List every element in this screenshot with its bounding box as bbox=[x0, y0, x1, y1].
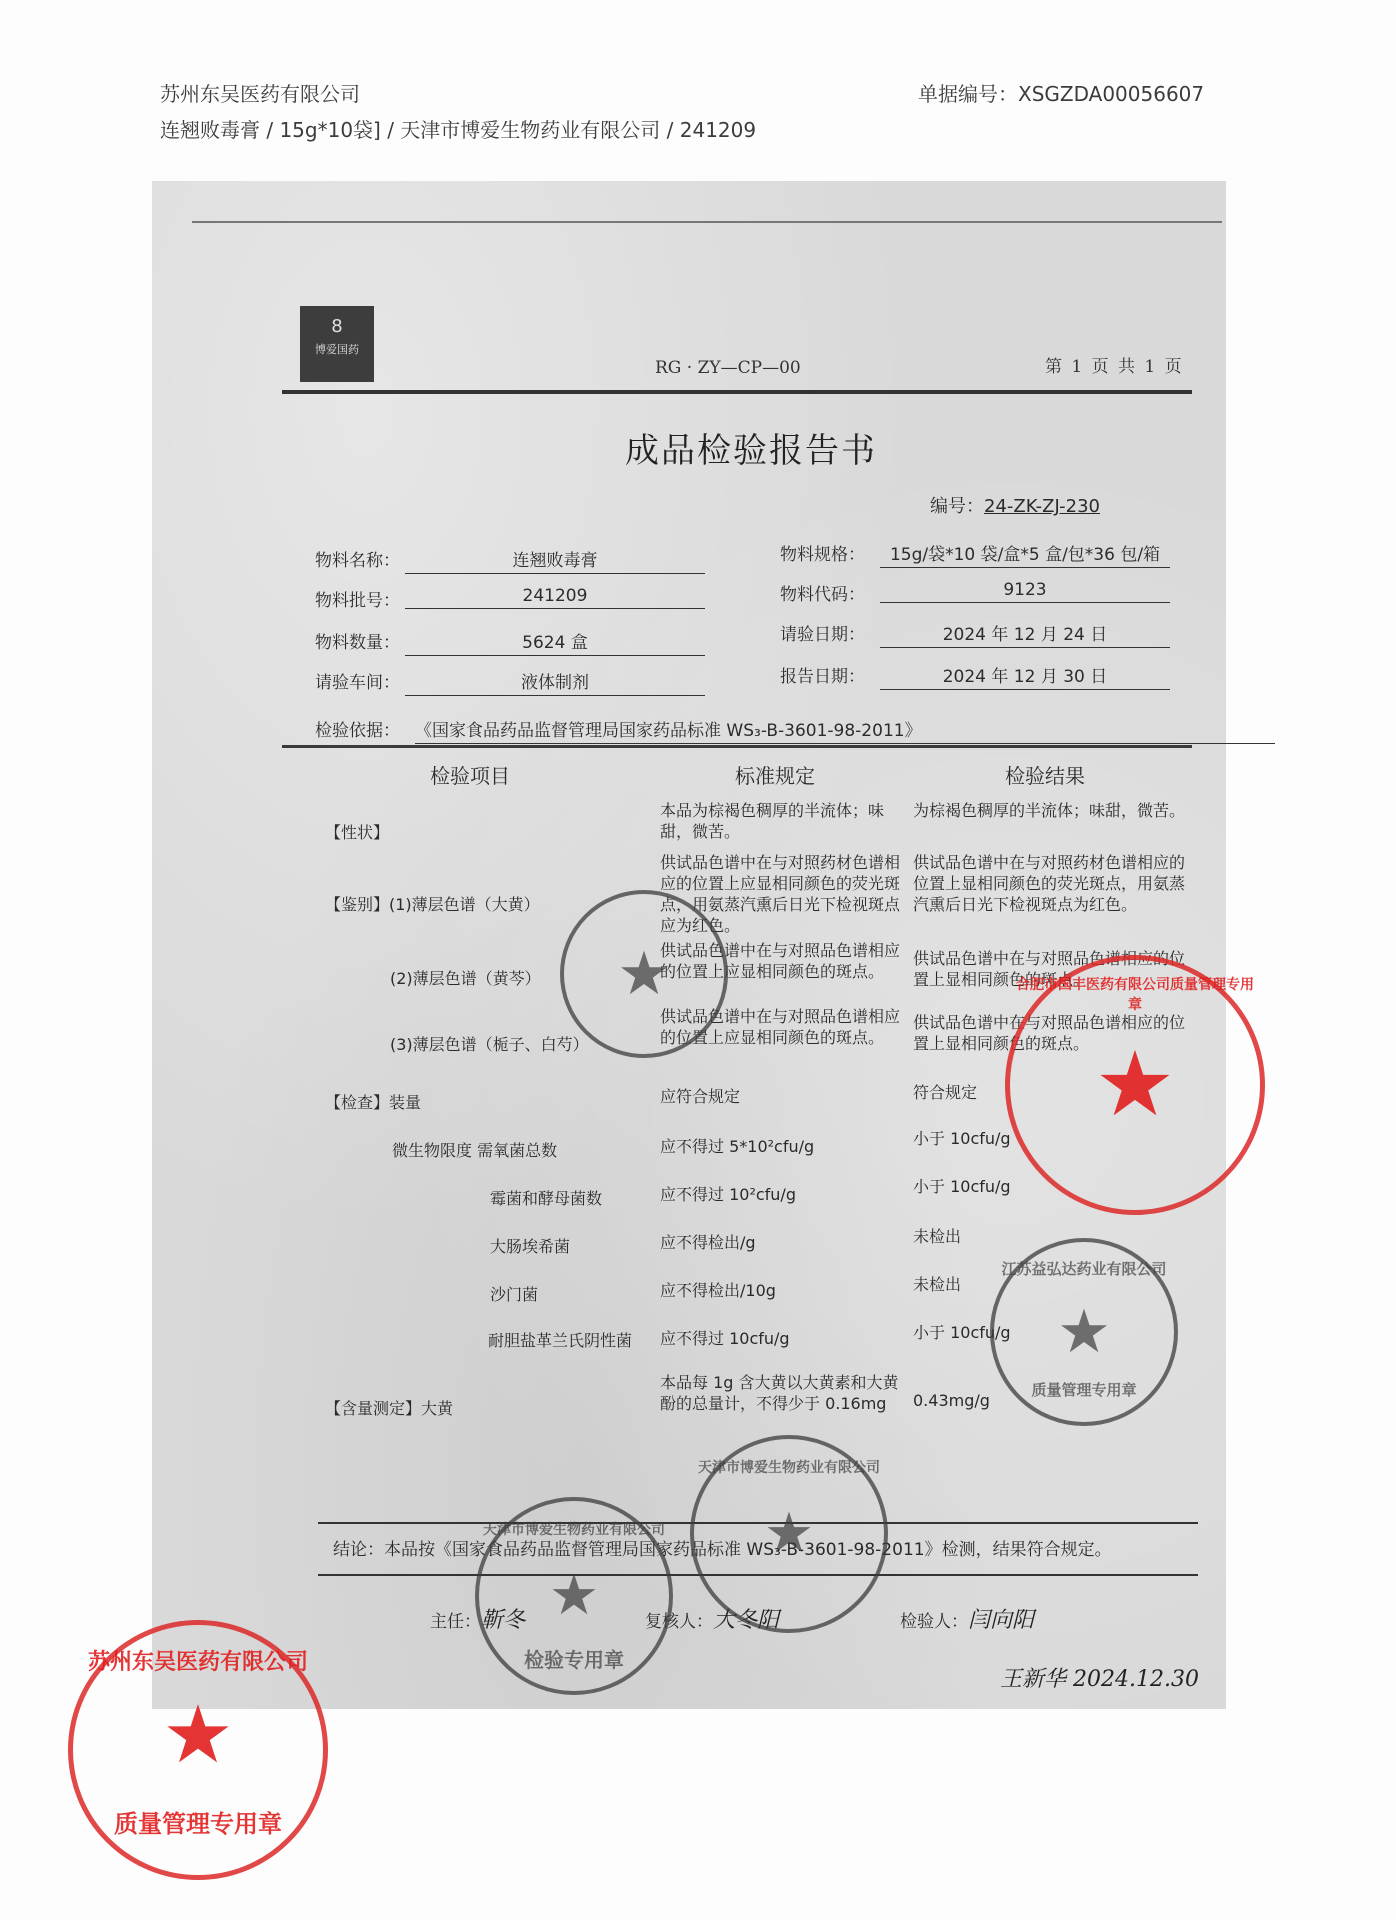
row-item: (2)薄层色谱（黄芩） bbox=[390, 968, 541, 989]
page-info: 第 1 页 共 1 页 bbox=[1045, 352, 1184, 377]
document-number-value: XSGZDA00056607 bbox=[1018, 82, 1204, 106]
quantity-value: 5624 盒 bbox=[405, 628, 705, 656]
row-item: 微生物限度 需氧菌总数 bbox=[392, 1140, 557, 1161]
stamp-boai-text: 天津市博爱生物药业有限公司 bbox=[479, 1519, 669, 1539]
stamp-star-icon: ★ bbox=[162, 1695, 234, 1775]
row-item: 【鉴别】(1)薄层色谱（大黄） bbox=[325, 894, 540, 915]
field-request-date: 请验日期： 2024 年 12 月 24 日 bbox=[780, 620, 865, 645]
batch-value: 241209 bbox=[405, 586, 705, 609]
header-divider bbox=[282, 390, 1192, 394]
scan-edge-line bbox=[192, 221, 1222, 223]
stamp-star-icon: ★ bbox=[1095, 1040, 1176, 1130]
row-standard: 应符合规定 bbox=[660, 1086, 900, 1107]
report-title: 成品检验报告书 bbox=[625, 423, 877, 472]
stamp-boai-text: 天津市博爱生物药业有限公司 bbox=[694, 1457, 884, 1477]
report-date-value: 2024 年 12 月 30 日 bbox=[880, 662, 1170, 690]
row-standard: 应不得检出/g bbox=[660, 1232, 900, 1253]
field-material-name: 物料名称： 连翘败毒膏 bbox=[315, 546, 400, 571]
document-number: 单据编号：XSGZDA00056607 bbox=[918, 78, 1204, 107]
row-item: 【检查】装量 bbox=[325, 1092, 421, 1113]
report-serial: 编号：24-ZK-ZJ-230 bbox=[930, 492, 1100, 518]
stamp-boai-inspection-left: ★ 天津市博爱生物药业有限公司 检验专用章 bbox=[475, 1497, 673, 1695]
row-result: 供试品色谱中在与对照药材色谱相应的位置上显相同颜色的荧光斑点，用氨蒸汽熏后日光下… bbox=[913, 852, 1193, 915]
row-item: 【性状】 bbox=[325, 822, 389, 843]
row-item: 【含量测定】大黄 bbox=[325, 1398, 453, 1419]
row-standard: 本品为棕褐色稠厚的半流体；味甜，微苦。 bbox=[660, 800, 900, 842]
stamp-dongwu-quality: ★ 苏州东吴医药有限公司 质量管理专用章 bbox=[68, 1620, 328, 1880]
field-report-date: 报告日期： 2024 年 12 月 30 日 bbox=[780, 662, 865, 687]
stamp-hefei-quality: ★ 合肥市国丰医药有限公司质量管理专用章 bbox=[1005, 955, 1265, 1215]
stamp-yida-bottom: 质量管理专用章 bbox=[994, 1379, 1174, 1400]
document-number-label: 单据编号： bbox=[918, 82, 1018, 106]
stamp-dongwu-text: 苏州东吴医药有限公司 bbox=[73, 1645, 323, 1676]
stamp-star-icon: ★ bbox=[617, 944, 671, 1004]
field-workshop: 请验车间： 液体制剂 bbox=[315, 668, 400, 693]
field-basis: 检验依据： 《国家食品药品监督管理局国家药品标准 WS₃-B-3601-98-2… bbox=[315, 716, 400, 741]
product-line: 连翘败毒膏 / 15g*10袋] / 天津市博爱生物药业有限公司 / 24120… bbox=[160, 114, 756, 143]
field-code: 物料代码： 9123 bbox=[780, 580, 865, 605]
company-name: 苏州东吴医药有限公司 bbox=[160, 78, 360, 107]
material-name-value: 连翘败毒膏 bbox=[405, 546, 705, 574]
stamp-hefei-text: 合肥市国丰医药有限公司质量管理专用章 bbox=[1010, 974, 1260, 1014]
stamp-dongwu-bottom: 质量管理专用章 bbox=[73, 1804, 323, 1839]
header-item: 检验项目 bbox=[430, 760, 510, 789]
row-item: 耐胆盐革兰氏阴性菌 bbox=[488, 1330, 632, 1351]
stamp-boai-bottom: 检验专用章 bbox=[479, 1644, 669, 1673]
serial-value: 24-ZK-ZJ-230 bbox=[984, 496, 1100, 517]
stamp-star-icon: ★ bbox=[764, 1506, 814, 1562]
basis-value: 《国家食品药品监督管理局国家药品标准 WS₃-B-3601-98-2011》 bbox=[415, 716, 1275, 744]
workshop-value: 液体制剂 bbox=[405, 668, 705, 696]
logo-name: 博爱国药 bbox=[300, 341, 374, 357]
stamp-yida-quality: ★ 江苏益弘达药业有限公司 质量管理专用章 bbox=[990, 1238, 1178, 1426]
header-standard: 标准规定 bbox=[735, 760, 815, 789]
stamp-yida-text: 江苏益弘达药业有限公司 bbox=[994, 1258, 1174, 1279]
row-standard: 应不得过 5*10²cfu/g bbox=[660, 1136, 900, 1157]
row-result: 为棕褐色稠厚的半流体；味甜，微苦。 bbox=[913, 800, 1193, 821]
row-standard: 应不得检出/10g bbox=[660, 1280, 900, 1301]
row-item: 霉菌和酵母菌数 bbox=[490, 1188, 602, 1209]
logo-mark-icon: 8 bbox=[300, 316, 374, 337]
row-item: 沙门菌 bbox=[490, 1284, 538, 1305]
signature-inspector: 检验人：闫向阳 bbox=[900, 1603, 1034, 1634]
spec-value: 15g/袋*10 袋/盒*5 盒/包*36 包/箱 bbox=[880, 540, 1170, 568]
stamp-star-icon: ★ bbox=[549, 1568, 599, 1624]
stamp-yida-quality-mid: ★ bbox=[560, 890, 728, 1058]
serial-label: 编号： bbox=[930, 496, 984, 517]
row-item: 大肠埃希菌 bbox=[490, 1236, 570, 1257]
stamp-star-icon: ★ bbox=[1057, 1302, 1111, 1362]
inspector-signature: 闫向阳 bbox=[968, 1608, 1034, 1633]
document-reference: RG · ZY—CP—00 bbox=[655, 358, 801, 378]
handwritten-date: 王新华 2024.12.30 bbox=[1000, 1662, 1199, 1693]
basis-divider bbox=[282, 745, 1192, 748]
field-spec: 物料规格： 15g/袋*10 袋/盒*5 盒/包*36 包/箱 bbox=[780, 540, 865, 565]
stamp-boai-inspection-right: ★ 天津市博爱生物药业有限公司 bbox=[690, 1435, 888, 1633]
row-standard: 应不得过 10²cfu/g bbox=[660, 1184, 900, 1205]
header-result: 检验结果 bbox=[1005, 760, 1085, 789]
field-quantity: 物料数量： 5624 盒 bbox=[315, 628, 400, 653]
code-value: 9123 bbox=[880, 580, 1170, 603]
request-date-value: 2024 年 12 月 24 日 bbox=[880, 620, 1170, 648]
row-standard: 本品每 1g 含大黄以大黄素和大黄酚的总量计，不得少于 0.16mg bbox=[660, 1372, 900, 1414]
company-logo: 8 博爱国药 bbox=[300, 306, 374, 382]
row-standard: 应不得过 10cfu/g bbox=[660, 1328, 900, 1349]
field-batch: 物料批号： 241209 bbox=[315, 586, 400, 611]
row-item: (3)薄层色谱（栀子、白芍） bbox=[390, 1034, 589, 1055]
